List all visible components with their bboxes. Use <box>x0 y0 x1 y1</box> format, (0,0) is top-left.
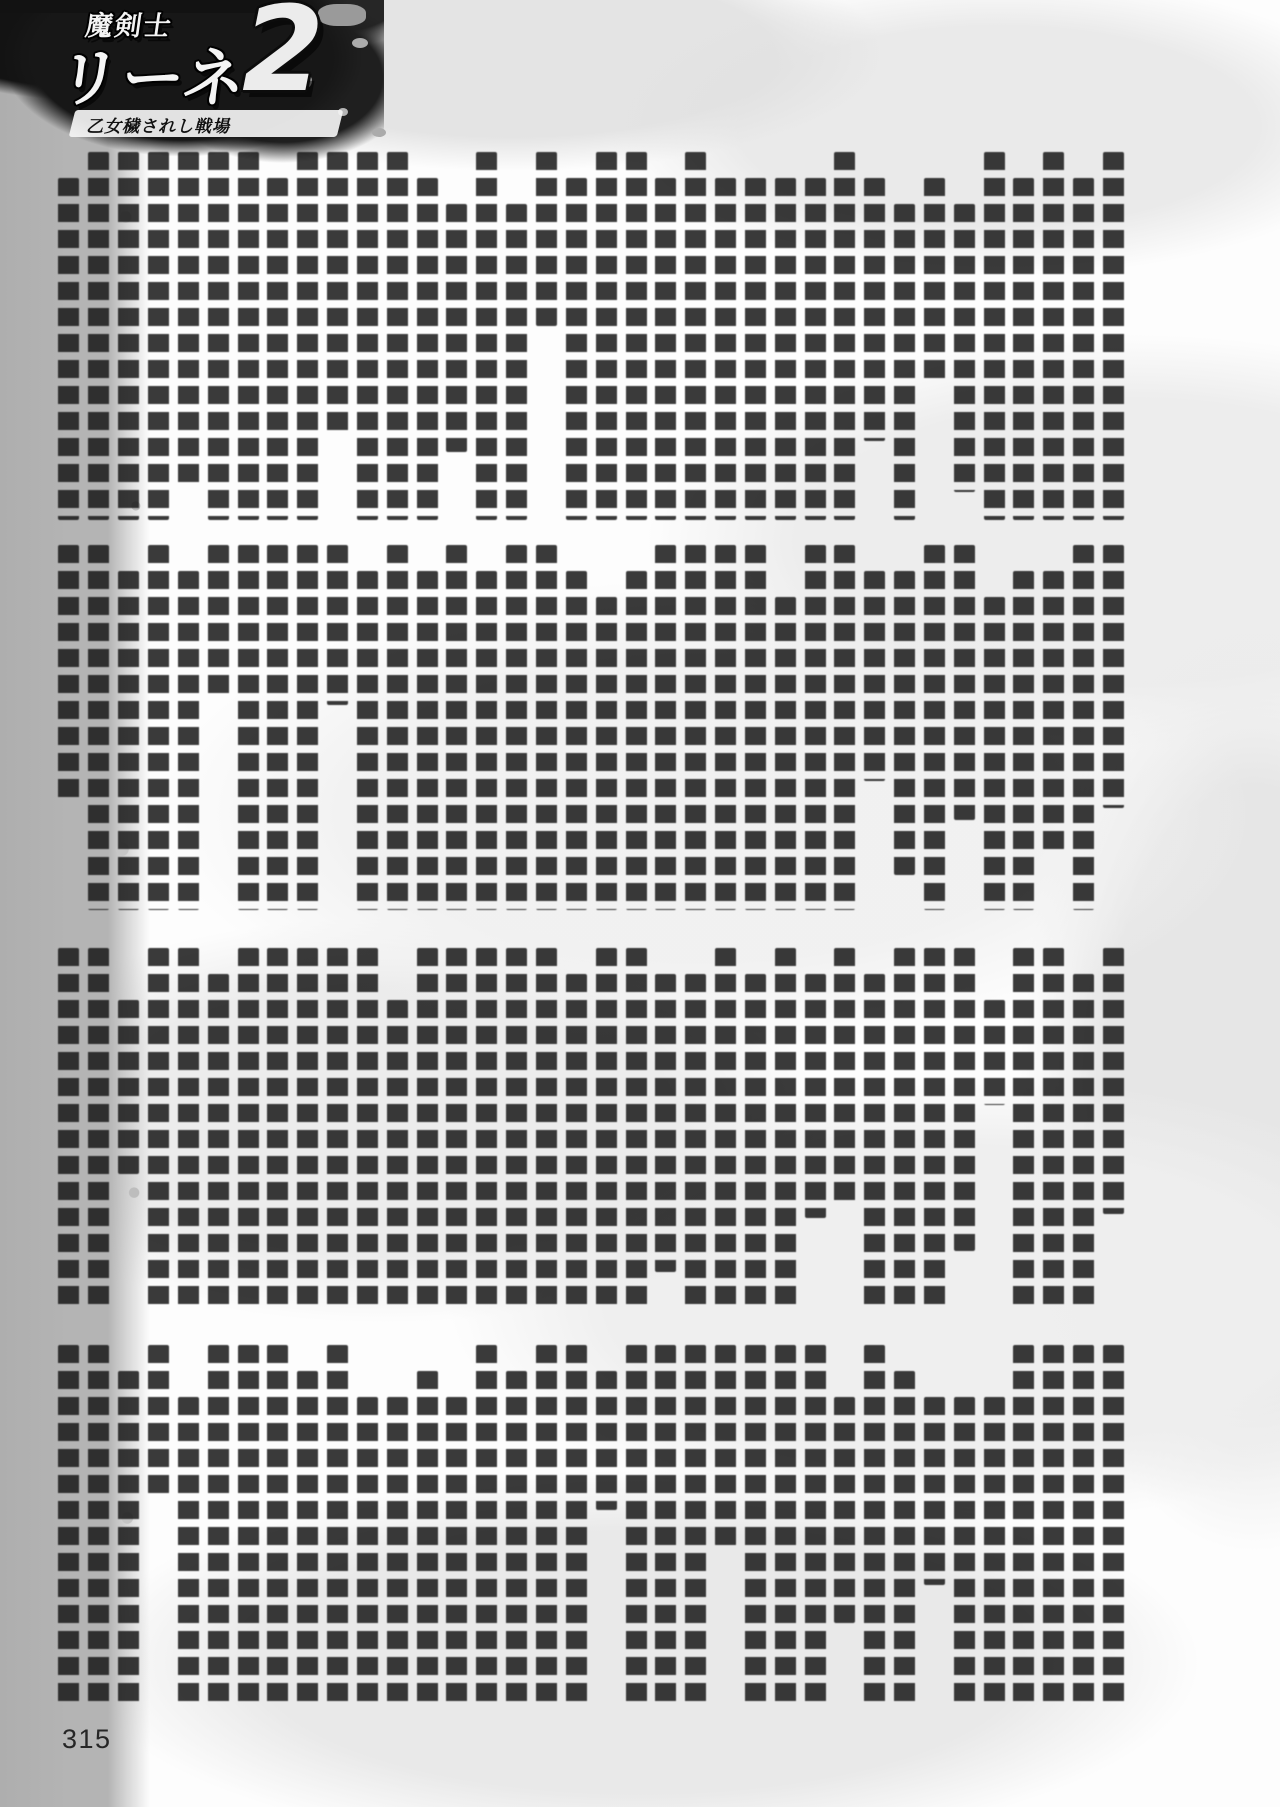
text-column <box>864 974 885 1308</box>
text-column <box>297 152 318 520</box>
text-column <box>745 178 766 520</box>
text-column <box>1073 1345 1094 1707</box>
page-number: 315 <box>62 1724 112 1755</box>
text-column <box>834 152 855 520</box>
text-column <box>745 1345 766 1707</box>
text-column <box>88 1345 109 1707</box>
text-column <box>954 948 975 1251</box>
scanned-book-page: 魔剣士 リーネ 2 乙女穢されし戦場 315 <box>0 0 1280 1807</box>
ink-speckle <box>372 128 386 137</box>
text-column <box>327 152 348 432</box>
text-column <box>805 974 826 1218</box>
text-column <box>655 545 676 910</box>
text-column <box>894 571 915 875</box>
text-column <box>1103 1345 1124 1707</box>
text-column <box>178 152 199 484</box>
text-column <box>357 152 378 520</box>
text-column <box>924 178 945 380</box>
text-column <box>446 204 467 452</box>
text-column <box>1103 152 1124 520</box>
text-column <box>1073 974 1094 1308</box>
text-column <box>715 178 736 520</box>
text-column <box>1013 178 1034 520</box>
text-column <box>715 545 736 910</box>
text-column <box>506 948 527 1308</box>
text-column <box>417 948 438 1308</box>
text-column <box>626 152 647 520</box>
text-column <box>506 204 527 520</box>
text-column <box>238 948 259 1308</box>
text-column <box>327 545 348 705</box>
text-column <box>387 1397 408 1707</box>
text-column <box>1043 152 1064 520</box>
text-column <box>805 1345 826 1707</box>
text-column <box>685 545 706 910</box>
text-column <box>476 152 497 520</box>
prose-block-2 <box>58 545 1124 910</box>
text-column <box>58 1345 79 1707</box>
text-column <box>297 1371 318 1707</box>
text-column <box>924 545 945 910</box>
text-column <box>626 1345 647 1707</box>
text-column <box>1073 178 1094 520</box>
text-column <box>88 948 109 1308</box>
text-column <box>446 545 467 910</box>
text-column <box>685 1345 706 1707</box>
text-column <box>864 178 885 441</box>
text-column <box>178 1397 199 1707</box>
text-column <box>685 974 706 1308</box>
text-column <box>1043 948 1064 1308</box>
text-column <box>1013 1345 1034 1707</box>
text-column <box>685 152 706 520</box>
ink-speckle <box>352 38 368 48</box>
text-column <box>148 1345 169 1494</box>
prose-block-4 <box>58 1345 1124 1707</box>
text-column <box>446 1397 467 1707</box>
text-column <box>148 948 169 1308</box>
text-column <box>417 178 438 520</box>
text-column <box>208 1345 229 1707</box>
text-column <box>745 545 766 910</box>
text-column <box>715 948 736 1308</box>
text-column <box>655 178 676 520</box>
text-column <box>596 152 617 520</box>
text-column <box>1043 1345 1064 1707</box>
text-column <box>924 1397 945 1585</box>
text-column <box>88 545 109 910</box>
text-column <box>864 1345 885 1707</box>
text-column <box>58 948 79 1308</box>
text-column <box>536 1345 557 1707</box>
text-column <box>357 948 378 1308</box>
text-column <box>984 1397 1005 1707</box>
text-column <box>834 948 855 1208</box>
text-column <box>58 545 79 803</box>
text-column <box>805 178 826 520</box>
logo-subtitle-text: 乙女穢されし戦場 <box>86 112 230 137</box>
text-column <box>267 178 288 520</box>
text-column <box>417 571 438 910</box>
text-column <box>476 1345 497 1707</box>
text-column <box>834 1397 855 1623</box>
text-column <box>476 571 497 910</box>
logo-volume-number: 2 <box>242 0 324 108</box>
text-column <box>506 1371 527 1707</box>
text-column <box>715 1345 736 1546</box>
text-column <box>387 545 408 910</box>
text-column <box>566 1345 587 1707</box>
text-column <box>655 974 676 1272</box>
text-column <box>357 1397 378 1707</box>
text-column <box>267 948 288 1308</box>
text-column <box>1013 948 1034 1308</box>
text-column <box>1043 571 1064 850</box>
text-column <box>178 571 199 910</box>
text-column <box>954 204 975 492</box>
text-column <box>506 545 527 910</box>
text-column <box>536 948 557 1308</box>
text-column <box>417 1371 438 1707</box>
text-column <box>446 948 467 1308</box>
text-column <box>954 1397 975 1707</box>
text-column <box>297 948 318 1308</box>
text-column <box>238 545 259 910</box>
text-column <box>118 1371 139 1707</box>
text-column <box>1013 571 1034 910</box>
text-column <box>596 948 617 1308</box>
text-column <box>58 178 79 520</box>
text-column <box>775 178 796 520</box>
text-column <box>655 1345 676 1707</box>
text-column <box>984 1000 1005 1105</box>
text-column <box>894 204 915 520</box>
logo-title-text: リーネ <box>52 28 252 119</box>
text-column <box>775 1345 796 1707</box>
text-column <box>775 597 796 910</box>
text-column <box>476 948 497 1308</box>
text-column <box>208 545 229 698</box>
text-column <box>1103 948 1124 1214</box>
text-column <box>208 974 229 1308</box>
text-column <box>536 545 557 910</box>
text-column <box>984 152 1005 520</box>
text-column <box>208 152 229 520</box>
text-column <box>894 948 915 1308</box>
text-column <box>984 597 1005 910</box>
prose-block-3 <box>58 948 1124 1308</box>
text-column <box>566 571 587 910</box>
text-column <box>894 1371 915 1707</box>
text-column <box>596 1371 617 1510</box>
text-column <box>297 545 318 910</box>
text-column <box>1073 545 1094 910</box>
text-column <box>118 1000 139 1174</box>
text-column <box>805 545 826 910</box>
text-column <box>148 545 169 910</box>
text-column <box>238 1345 259 1707</box>
text-column <box>775 948 796 1308</box>
text-column <box>954 545 975 820</box>
text-column <box>1103 545 1124 808</box>
text-column <box>745 974 766 1308</box>
text-column <box>626 948 647 1308</box>
text-column <box>327 948 348 1308</box>
text-column <box>566 974 587 1308</box>
text-column <box>178 948 199 1308</box>
book-logo: 魔剣士 リーネ 2 乙女穢されし戦場 <box>56 4 336 144</box>
text-column <box>267 545 288 910</box>
prose-block-1 <box>58 152 1124 520</box>
text-column <box>596 597 617 910</box>
text-column <box>327 1345 348 1707</box>
text-column <box>536 152 557 326</box>
text-column <box>238 152 259 520</box>
text-column <box>566 178 587 520</box>
text-column <box>118 571 139 910</box>
text-column <box>148 152 169 520</box>
text-column <box>924 948 945 1308</box>
text-column <box>834 545 855 910</box>
text-column <box>626 571 647 910</box>
text-column <box>387 1000 408 1308</box>
text-column <box>387 152 408 520</box>
text-column <box>118 152 139 520</box>
text-column <box>864 571 885 781</box>
text-column <box>357 571 378 910</box>
text-column <box>88 152 109 520</box>
text-column <box>267 1345 288 1707</box>
